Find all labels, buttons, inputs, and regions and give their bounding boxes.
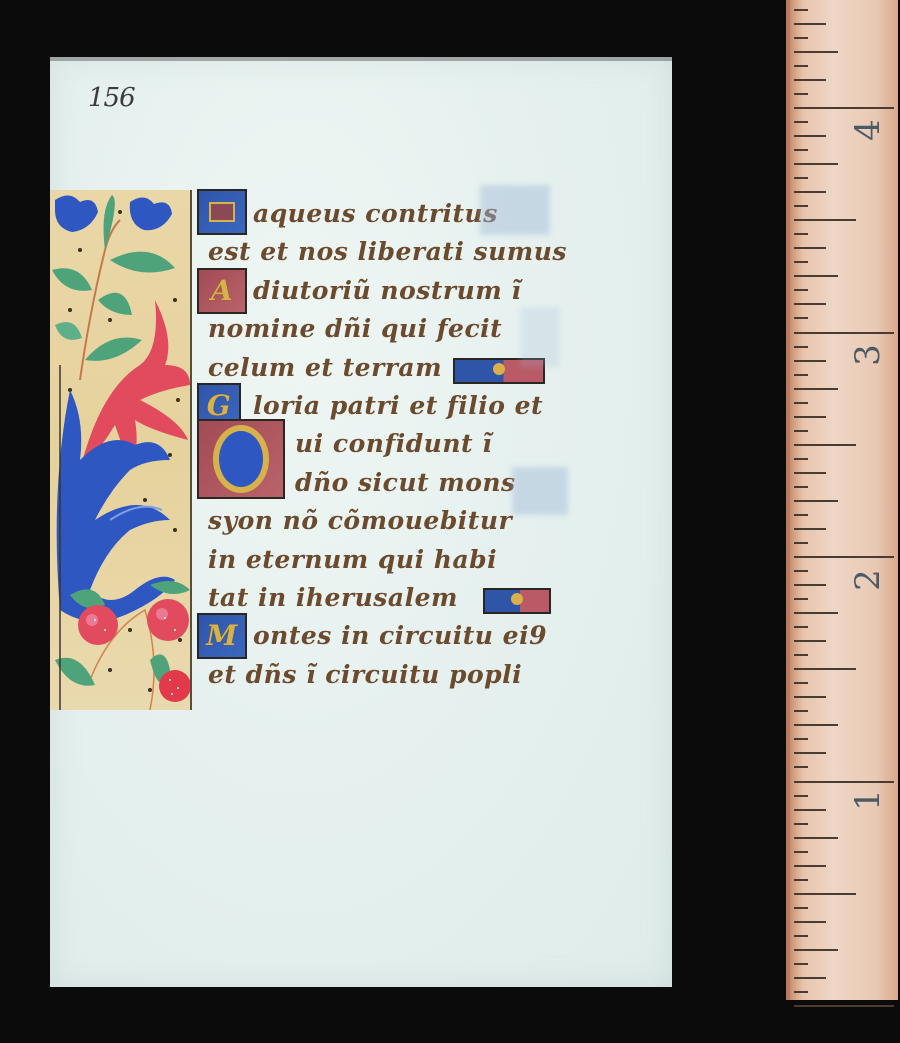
ruler-tick bbox=[794, 935, 808, 937]
manuscript-leaf: 156 bbox=[50, 57, 672, 987]
ruler-tick bbox=[794, 261, 808, 263]
text-line: in eternum qui habi bbox=[195, 541, 555, 579]
ruler-tick bbox=[794, 907, 808, 909]
ruler-tick bbox=[794, 949, 838, 951]
ruler-label: 4 bbox=[848, 110, 888, 150]
ruler-tick bbox=[794, 303, 826, 305]
offset-stain bbox=[520, 307, 560, 367]
text-line: A diutoriũ nostrum ĩ bbox=[195, 272, 555, 310]
ruler-tick bbox=[794, 205, 808, 207]
ruler-tick bbox=[794, 163, 838, 165]
ruler-tick bbox=[794, 542, 808, 544]
ruler-tick bbox=[794, 177, 808, 179]
ruler-tick bbox=[794, 710, 808, 712]
ruler-tick bbox=[794, 626, 808, 628]
ruler-tick bbox=[794, 9, 808, 11]
ruler-tick bbox=[794, 219, 856, 221]
ruler-tick bbox=[794, 879, 808, 881]
ruler-tick bbox=[794, 612, 838, 614]
ruler-tick bbox=[794, 458, 808, 460]
ruler-tick bbox=[794, 500, 838, 502]
ruler-tick bbox=[794, 640, 826, 642]
ruler-tick bbox=[794, 851, 808, 853]
ruler-tick bbox=[794, 724, 838, 726]
text-line: tat in iherusalem bbox=[195, 579, 555, 617]
ruler-tick bbox=[794, 79, 826, 81]
ruler-tick bbox=[794, 752, 826, 754]
ruler-tick bbox=[794, 963, 808, 965]
text-line: et dñs ĩ circuitu popli bbox=[195, 656, 555, 694]
ruler-tick bbox=[794, 514, 808, 516]
ruler-tick bbox=[794, 738, 808, 740]
ruler-tick bbox=[794, 289, 808, 291]
ruler-tick bbox=[794, 528, 826, 530]
text-line: ui confidunt ĩ bbox=[195, 425, 555, 463]
ruler-tick bbox=[794, 809, 826, 811]
ruler-tick bbox=[794, 346, 808, 348]
ruler-tick bbox=[794, 65, 808, 67]
ruler-tick bbox=[794, 598, 808, 600]
ruler-tick bbox=[794, 149, 808, 151]
line-filler bbox=[483, 588, 551, 614]
ruler-tick bbox=[794, 444, 856, 446]
ruler-tick bbox=[794, 360, 826, 362]
ruler-tick bbox=[794, 402, 808, 404]
ruler-tick bbox=[794, 121, 808, 123]
ruler-tick bbox=[794, 472, 826, 474]
ruler-tick bbox=[794, 766, 808, 768]
ruler-tick bbox=[794, 275, 838, 277]
ruler-label: 2 bbox=[848, 560, 888, 600]
ruler-tick bbox=[794, 233, 808, 235]
ruler-tick bbox=[794, 893, 856, 895]
ruler-tick bbox=[794, 135, 826, 137]
text-block: aqueus contritus est et nos liberati sum… bbox=[195, 195, 555, 694]
ruler-tick bbox=[794, 696, 826, 698]
ruler-tick bbox=[794, 668, 856, 670]
ruler-tick bbox=[794, 93, 808, 95]
ruler-tick bbox=[794, 682, 808, 684]
ruler-tick bbox=[794, 374, 808, 376]
ruler-tick bbox=[794, 107, 894, 109]
text-line: M ontes in circuitu ei9 bbox=[195, 617, 555, 655]
ruler-label: 1 bbox=[848, 780, 888, 820]
ruler-tick bbox=[794, 486, 808, 488]
ruler-tick bbox=[794, 781, 894, 783]
text-line: syon nõ cõmouebitur bbox=[195, 502, 555, 540]
ruler-tick bbox=[794, 332, 894, 334]
ruler-tick bbox=[794, 430, 808, 432]
ruler-tick bbox=[794, 837, 838, 839]
initial-letter-a: A bbox=[197, 268, 247, 314]
ruler-label: 3 bbox=[848, 335, 888, 375]
inch-ruler: 4 3 2 1 bbox=[786, 0, 898, 1000]
initial-letter-m: M bbox=[197, 613, 247, 659]
ruler-tick bbox=[794, 977, 826, 979]
ruler-tick bbox=[794, 1005, 894, 1007]
ruler-tick bbox=[794, 191, 826, 193]
ruler-tick bbox=[794, 921, 826, 923]
offset-stain bbox=[480, 185, 550, 235]
initial-letter-l bbox=[197, 189, 247, 235]
text-line: celum et terram bbox=[195, 349, 555, 387]
offset-stain bbox=[512, 467, 568, 515]
ruler-tick bbox=[794, 991, 808, 993]
ruler-tick bbox=[794, 416, 826, 418]
ruler-tick bbox=[794, 584, 826, 586]
ruler-tick bbox=[794, 570, 808, 572]
folio-number: 156 bbox=[88, 83, 135, 113]
border-foliage-icon bbox=[50, 190, 190, 710]
text-line: nomine dñi qui fecit bbox=[195, 310, 555, 348]
ruler-tick bbox=[794, 247, 826, 249]
ruler-tick bbox=[794, 823, 808, 825]
ruler-tick bbox=[794, 865, 826, 867]
text-line: est et nos liberati sumus bbox=[195, 233, 555, 271]
text-line: dño sicut mons bbox=[195, 464, 555, 502]
ruler-tick bbox=[794, 317, 808, 319]
ruler-tick bbox=[794, 556, 894, 558]
ruler-tick bbox=[794, 795, 808, 797]
ruler-tick bbox=[794, 23, 826, 25]
ruler-tick bbox=[794, 388, 838, 390]
illuminated-border bbox=[50, 190, 192, 710]
ruler-tick bbox=[794, 37, 808, 39]
ruler-tick bbox=[794, 654, 808, 656]
ruler-tick bbox=[794, 51, 838, 53]
